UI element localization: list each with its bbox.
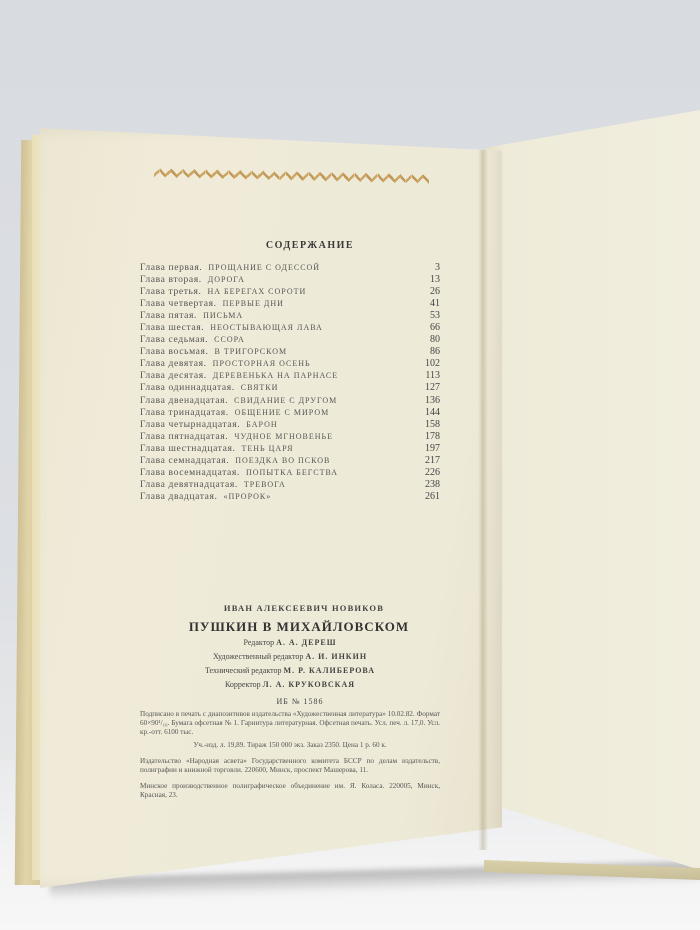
toc-chapter-title: «ПРОРОК»: [223, 491, 271, 503]
toc-chapter-title: ДОРОГА: [208, 274, 245, 286]
author-name: ИВАН АЛЕКСЕЕВИЧ НОВИКОВ: [168, 603, 440, 613]
toc-page-number: 80: [414, 334, 440, 346]
toc-chapter-label: Глава шестая.: [140, 322, 204, 334]
ib-number: ИБ № 1586: [160, 697, 440, 706]
toc-page-number: 261: [414, 491, 440, 503]
toc-chapter-title: БАРОН: [246, 419, 277, 431]
toc-chapter-label: Глава первая.: [140, 262, 202, 274]
toc-page-number: 217: [414, 455, 440, 467]
toc-chapter-label: Глава тринадцатая.: [140, 407, 229, 419]
toc-chapter-title: СВЯТКИ: [241, 382, 279, 394]
toc-entry: Глава девятнадцатая.ТРЕВОГА238: [140, 479, 440, 491]
toc-entry: Глава двенадцатая.СВИДАНИЕ С ДРУГОМ136: [140, 395, 440, 407]
toc-chapter-label: Глава вторая.: [140, 274, 202, 286]
toc-chapter-label: Глава двадцатая.: [140, 491, 217, 503]
toc-chapter-title: ПЕРВЫЕ ДНИ: [223, 298, 284, 310]
toc-entry: Глава девятая.ПРОСТОРНАЯ ОСЕНЬ102: [140, 358, 440, 370]
toc-chapter-label: Глава шестнадцатая.: [140, 443, 235, 455]
toc-page-number: 41: [414, 298, 440, 310]
toc-page-number: 113: [414, 370, 440, 382]
toc-chapter-label: Глава двенадцатая.: [140, 395, 228, 407]
toc-chapter-label: Глава восемнадцатая.: [140, 467, 240, 479]
credit-art-editor: Художественный редактор А. И. ИНКИН: [140, 651, 440, 663]
right-page: [484, 110, 700, 870]
toc-chapter-title: НЕОСТЫВАЮЩАЯ ЛАВА: [210, 322, 323, 334]
print-info-2: Уч.-изд. л. 19,89. Тираж 150 000 экз. За…: [140, 741, 440, 750]
table-of-contents: СОДЕРЖАНИЕ Глава первая.ПРОЩАНИЕ С ОДЕСС…: [140, 240, 440, 503]
toc-chapter-label: Глава пятая.: [140, 310, 197, 322]
toc-page-number: 144: [414, 407, 440, 419]
photo-scene: СОДЕРЖАНИЕ Глава первая.ПРОЩАНИЕ С ОДЕСС…: [0, 0, 700, 930]
toc-entry: Глава семнадцатая.ПОЕЗДКА ВО ПСКОВ217: [140, 455, 440, 467]
book-gutter: [478, 150, 488, 850]
toc-chapter-label: Глава восьмая.: [140, 346, 209, 358]
print-info: Подписано в печать с диапозитивов издате…: [140, 710, 440, 737]
toc-chapter-title: ЧУДНОЕ МГНОВЕНЬЕ: [234, 431, 333, 443]
toc-page-number: 158: [414, 419, 440, 431]
toc-heading: СОДЕРЖАНИЕ: [180, 240, 440, 251]
book-title: ПУШКИН В МИХАЙЛОВСКОМ: [158, 619, 440, 635]
toc-chapter-title: ПРОСТОРНАЯ ОСЕНЬ: [213, 358, 311, 370]
toc-chapter-label: Глава девятая.: [140, 358, 207, 370]
toc-entry: Глава шестнадцатая.ТЕНЬ ЦАРЯ197: [140, 443, 440, 455]
credit-role: Технический редактор: [205, 666, 282, 675]
toc-page-number: 3: [414, 262, 440, 274]
toc-chapter-title: НА БЕРЕГАХ СОРОТИ: [207, 286, 306, 298]
credit-role: Редактор: [244, 638, 275, 647]
toc-chapter-label: Глава четырнадцатая.: [140, 419, 240, 431]
toc-entry: Глава четвертая.ПЕРВЫЕ ДНИ41: [140, 298, 440, 310]
toc-entry: Глава двадцатая.«ПРОРОК»261: [140, 491, 440, 503]
publisher-info: Издательство «Народная асвета» Государст…: [140, 757, 440, 775]
printer-info: Минское производственное полиграфическое…: [140, 782, 440, 800]
toc-entry: Глава десятая.ДЕРЕВЕНЬКА НА ПАРНАСЕ113: [140, 370, 440, 382]
toc-chapter-title: ССОРА: [214, 334, 245, 346]
toc-chapter-title: СВИДАНИЕ С ДРУГОМ: [234, 395, 337, 407]
toc-page-number: 238: [414, 479, 440, 491]
credit-proofreader: Корректор Л. А. КРУКОВСКАЯ: [140, 679, 440, 691]
toc-page-number: 178: [414, 431, 440, 443]
toc-entry: Глава вторая.ДОРОГА13: [140, 274, 440, 286]
toc-chapter-title: ПОПЫТКА БЕГСТВА: [246, 467, 338, 479]
toc-chapter-label: Глава третья.: [140, 286, 201, 298]
toc-page-number: 66: [414, 322, 440, 334]
toc-chapter-title: ПИСЬМА: [203, 310, 243, 322]
toc-chapter-title: В ТРИГОРСКОМ: [215, 346, 288, 358]
toc-chapter-title: ОБЩЕНИЕ С МИРОМ: [235, 407, 329, 419]
toc-page-number: 53: [414, 310, 440, 322]
toc-chapter-label: Глава семнадцатая.: [140, 455, 229, 467]
credit-name: А. И. ИНКИН: [305, 652, 367, 661]
toc-entry: Глава восемнадцатая.ПОПЫТКА БЕГСТВА226: [140, 467, 440, 479]
toc-chapter-title: ДЕРЕВЕНЬКА НА ПАРНАСЕ: [213, 370, 338, 382]
toc-chapter-label: Глава девятнадцатая.: [140, 479, 238, 491]
credit-role: Корректор: [225, 680, 261, 689]
toc-page-number: 102: [414, 358, 440, 370]
toc-chapter-title: ТЕНЬ ЦАРЯ: [241, 443, 293, 455]
toc-entry: Глава восьмая.В ТРИГОРСКОМ86: [140, 346, 440, 358]
toc-page-number: 197: [414, 443, 440, 455]
toc-entry: Глава пятнадцатая.ЧУДНОЕ МГНОВЕНЬЕ178: [140, 431, 440, 443]
toc-entry: Глава третья.НА БЕРЕГАХ СОРОТИ26: [140, 286, 440, 298]
toc-chapter-title: ПРОЩАНИЕ С ОДЕССОЙ: [208, 262, 320, 274]
colophon: ИВАН АЛЕКСЕЕВИЧ НОВИКОВ ПУШКИН В МИХАЙЛО…: [140, 603, 440, 800]
toc-list: Глава первая.ПРОЩАНИЕ С ОДЕССОЙ3Глава вт…: [140, 262, 440, 503]
toc-chapter-label: Глава четвертая.: [140, 298, 217, 310]
credit-name: А. А. ДЕРЕШ: [276, 638, 336, 647]
credit-tech-editor: Технический редактор М. Р. КАЛИБЕРОВА: [140, 665, 440, 677]
toc-entry: Глава шестая.НЕОСТЫВАЮЩАЯ ЛАВА66: [140, 322, 440, 334]
toc-chapter-title: ПОЕЗДКА ВО ПСКОВ: [235, 455, 330, 467]
toc-page-number: 136: [414, 395, 440, 407]
toc-page-number: 86: [414, 346, 440, 358]
toc-page-number: 26: [414, 286, 440, 298]
credit-role: Художественный редактор: [213, 652, 303, 661]
credit-name: М. Р. КАЛИБЕРОВА: [284, 666, 376, 675]
credit-name: Л. А. КРУКОВСКАЯ: [263, 680, 355, 689]
credit-editor: Редактор А. А. ДЕРЕШ: [140, 637, 440, 649]
toc-entry: Глава первая.ПРОЩАНИЕ С ОДЕССОЙ3: [140, 262, 440, 274]
toc-chapter-label: Глава седьмая.: [140, 334, 208, 346]
toc-entry: Глава седьмая.ССОРА80: [140, 334, 440, 346]
toc-entry: Глава четырнадцатая.БАРОН158: [140, 419, 440, 431]
toc-page-number: 13: [414, 274, 440, 286]
toc-entry: Глава пятая.ПИСЬМА53: [140, 310, 440, 322]
toc-page-number: 127: [414, 382, 440, 394]
toc-chapter-label: Глава одиннадцатая.: [140, 382, 235, 394]
toc-chapter-label: Глава пятнадцатая.: [140, 431, 228, 443]
toc-page-number: 226: [414, 467, 440, 479]
toc-chapter-title: ТРЕВОГА: [244, 479, 286, 491]
toc-chapter-label: Глава десятая.: [140, 370, 207, 382]
toc-entry: Глава тринадцатая.ОБЩЕНИЕ С МИРОМ144: [140, 407, 440, 419]
toc-entry: Глава одиннадцатая.СВЯТКИ127: [140, 382, 440, 394]
